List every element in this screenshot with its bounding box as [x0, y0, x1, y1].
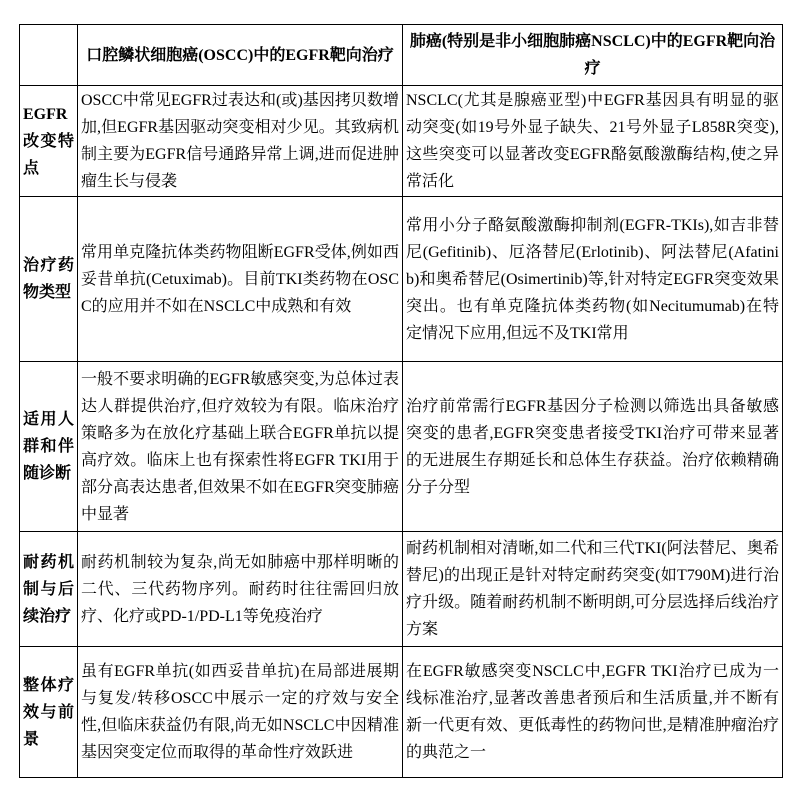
table-row-drug-types: 治疗药物类型 常用单克隆抗体类药物阻断EGFR受体,例如西妥昔单抗(Cetuxi… — [20, 197, 783, 362]
row-header-population-diagnostics: 适用人群和伴随诊断 — [20, 362, 78, 532]
row-header-overall-efficacy: 整体疗效与前景 — [20, 647, 78, 778]
cell-drug-types-oscc: 常用单克隆抗体类药物阻断EGFR受体,例如西妥昔单抗(Cetuximab)。目前… — [78, 197, 403, 362]
column-header-nsclc: 肺癌(特别是非小细胞肺癌NSCLC)中的EGFR靶向治疗 — [403, 25, 783, 86]
column-header-oscc: 口腔鳞状细胞癌(OSCC)中的EGFR靶向治疗 — [78, 25, 403, 86]
document-page: 口腔鳞状细胞癌(OSCC)中的EGFR靶向治疗 肺癌(特别是非小细胞肺癌NSCL… — [0, 0, 800, 790]
cell-drug-types-nsclc: 常用小分子酪氨酸激酶抑制剂(EGFR-TKIs),如吉非替尼(Gefitinib… — [403, 197, 783, 362]
table-header-row: 口腔鳞状细胞癌(OSCC)中的EGFR靶向治疗 肺癌(特别是非小细胞肺癌NSCL… — [20, 25, 783, 86]
cell-population-diagnostics-oscc: 一般不要求明确的EGFR敏感突变,为总体过表达人群提供治疗,但疗效较为有限。临床… — [78, 362, 403, 532]
row-header-drug-types: 治疗药物类型 — [20, 197, 78, 362]
table-row-overall-efficacy: 整体疗效与前景 虽有EGFR单抗(如西妥昔单抗)在局部进展期与复发/转移OSCC… — [20, 647, 783, 778]
egfr-comparison-table: 口腔鳞状细胞癌(OSCC)中的EGFR靶向治疗 肺癌(特别是非小细胞肺癌NSCL… — [19, 24, 783, 778]
cell-overall-efficacy-oscc: 虽有EGFR单抗(如西妥昔单抗)在局部进展期与复发/转移OSCC中展示一定的疗效… — [78, 647, 403, 778]
table-row-resistance-treatment: 耐药机制与后续治疗 耐药机制较为复杂,尚无如肺癌中那样明晰的二代、三代药物序列。… — [20, 532, 783, 647]
corner-cell — [20, 25, 78, 86]
row-header-egfr-alterations: EGFR改变特点 — [20, 86, 78, 197]
row-header-resistance-treatment: 耐药机制与后续治疗 — [20, 532, 78, 647]
cell-population-diagnostics-nsclc: 治疗前常需行EGFR基因分子检测以筛选出具备敏感突变的患者,EGFR突变患者接受… — [403, 362, 783, 532]
cell-resistance-treatment-nsclc: 耐药机制相对清晰,如二代和三代TKI(阿法替尼、奥希替尼)的出现正是针对特定耐药… — [403, 532, 783, 647]
cell-resistance-treatment-oscc: 耐药机制较为复杂,尚无如肺癌中那样明晰的二代、三代药物序列。耐药时往往需回归放疗… — [78, 532, 403, 647]
cell-egfr-alterations-nsclc: NSCLC(尤其是腺癌亚型)中EGFR基因具有明显的驱动突变(如19号外显子缺失… — [403, 86, 783, 197]
cell-egfr-alterations-oscc: OSCC中常见EGFR过表达和(或)基因拷贝数增加,但EGFR基因驱动突变相对少… — [78, 86, 403, 197]
cell-overall-efficacy-nsclc: 在EGFR敏感突变NSCLC中,EGFR TKI治疗已成为一线标准治疗,显著改善… — [403, 647, 783, 778]
table-row-population-diagnostics: 适用人群和伴随诊断 一般不要求明确的EGFR敏感突变,为总体过表达人群提供治疗,… — [20, 362, 783, 532]
table-row-egfr-alterations: EGFR改变特点 OSCC中常见EGFR过表达和(或)基因拷贝数增加,但EGFR… — [20, 86, 783, 197]
